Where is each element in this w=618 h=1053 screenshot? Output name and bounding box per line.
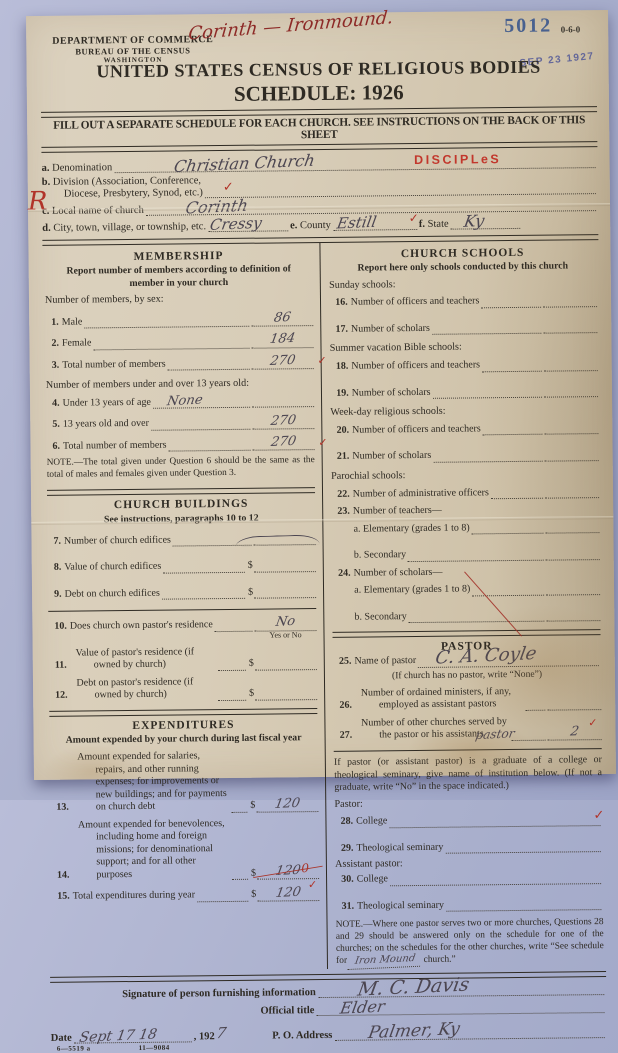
dotted-leader — [525, 707, 545, 711]
pencil-stroke — [235, 535, 319, 547]
group-sunday-schools: Sunday schools: — [329, 277, 597, 293]
question-number: 10. — [54, 621, 67, 634]
question-label: Name of pastor — [354, 656, 416, 669]
dotted-leader — [408, 556, 544, 561]
question-label: Debt on church edifices — [65, 587, 160, 600]
red-check-mark: ✓ — [588, 716, 597, 730]
question-number: 4. — [52, 398, 60, 411]
dotted-leader — [218, 697, 246, 701]
group-label-age: Number of members under and over 13 year… — [46, 377, 314, 393]
question-label: Number of ordained ministers, if any, em… — [355, 686, 524, 713]
question-12: 12. Debt on pastor's residence (if owned… — [49, 675, 317, 703]
form-body: MEMBERSHIP Report number of members acco… — [42, 240, 606, 800]
question-number: 1. — [51, 316, 59, 329]
question-number: 8. — [54, 562, 62, 575]
dotted-leader — [482, 367, 542, 372]
question-label: Number of scholars — [352, 386, 431, 399]
dotted-leader — [168, 447, 250, 452]
question-number: 6. — [52, 441, 60, 454]
answer-line — [543, 329, 597, 334]
question-number: 12. — [55, 690, 68, 703]
question-11: 11. Value of pastor's residence (if owne… — [49, 645, 317, 673]
membership-heading: MEMBERSHIP — [44, 248, 312, 265]
question-24b: b. Secondary — [332, 609, 600, 624]
pastor-none-note: (If church has no pastor, write “None”) — [333, 668, 601, 683]
handwritten-city: Cressy — [208, 214, 263, 234]
question-label: Does church own pastor's residence — [70, 619, 213, 633]
single-rule — [48, 608, 316, 612]
schools-heading: CHURCH SCHOOLS — [329, 245, 597, 262]
handwritten-value: 270 — [251, 412, 316, 431]
answer-line — [544, 367, 598, 372]
question-19: 19. Number of scholars — [330, 385, 598, 400]
answer-line — [546, 617, 600, 622]
question-number: 9. — [54, 588, 62, 601]
question-22: 22. Number of administrative officers — [331, 486, 599, 501]
question-label: Total number of members — [62, 358, 166, 372]
question-label: b. Secondary — [354, 611, 406, 624]
red-check-mark: ✓ — [409, 211, 419, 225]
expenditures-heading: EXPENDITURES — [49, 717, 317, 734]
handwritten-value: 270 — [251, 433, 316, 452]
question-number: 23. — [337, 506, 350, 519]
dotted-leader: C. A. Coyle — [418, 662, 599, 668]
pastor-label: Pastor: — [334, 796, 602, 800]
question-label: Value of pastor's residence (if owned by… — [70, 646, 216, 673]
question-6: 6. Total number of members 270 ✓ — [46, 438, 314, 453]
answer-line — [252, 403, 314, 408]
handwritten-value: 86 — [250, 309, 315, 328]
disciples-stamp: DISCIPLeS — [414, 152, 501, 167]
dotted-leader: None — [153, 404, 250, 409]
question-24a: a. Elementary (grades 1 to 8) — [332, 582, 600, 597]
answer-line — [543, 303, 597, 308]
field-letter: c. — [42, 206, 49, 217]
question-number: 25. — [339, 656, 352, 669]
question-23: 23. Number of teachers— — [331, 503, 599, 518]
answer-line — [546, 556, 600, 561]
dotted-leader: Cressy — [208, 227, 288, 232]
dotted-leader — [472, 530, 544, 535]
answer-line — [545, 494, 599, 499]
question-label: 13 years old and over — [63, 418, 149, 431]
question-3: 3. Total number of members 270 ✓ — [46, 357, 314, 372]
form-header: DEPARTMENT OF COMMERCE BUREAU OF THE CEN… — [40, 14, 597, 112]
question-number: 20. — [336, 425, 349, 438]
answer-line: 2 ✓ — [548, 736, 602, 741]
question-18: 18. Number of officers and teachers — [330, 358, 598, 373]
answer-line — [254, 568, 316, 573]
handwritten-none: None — [165, 393, 203, 411]
question-label: Under 13 years of age — [63, 397, 151, 410]
group-label-by-sex: Number of members, by sex: — [45, 292, 313, 308]
answer-line — [545, 529, 599, 534]
double-rule — [47, 487, 315, 496]
question-10: 10. Does church own pastor's residence N… — [48, 618, 316, 633]
question-label: Number of officers and teachers — [351, 296, 480, 310]
dotted-leader — [215, 627, 253, 631]
question-label: Number of scholars — [351, 323, 430, 336]
field-letter: e. — [290, 220, 297, 231]
double-rule — [49, 708, 317, 717]
field-label: Division (Association, Conference, — [53, 175, 201, 188]
field-city-county-state: d. City, town, village, or township, etc… — [42, 217, 598, 234]
question-label: Number of officers and teachers — [351, 359, 480, 373]
dotted-leader — [151, 426, 250, 431]
question-number: 3. — [52, 359, 60, 372]
dotted-leader: ✓ — [205, 190, 596, 198]
group-summer-schools: Summer vacation Bible schools: — [330, 340, 598, 356]
dotted-leader — [432, 330, 541, 335]
answer-line — [255, 666, 317, 671]
group-weekday-schools: Week-day religious schools: — [330, 404, 598, 420]
answer-line — [547, 706, 601, 711]
question-label: a. Elementary (grades 1 to 8) — [354, 522, 470, 536]
question-5: 5. 13 years old and over 270 — [46, 416, 314, 431]
handwritten-value: 120 — [255, 795, 320, 800]
dotted-leader — [433, 394, 542, 399]
dotted-leader: pastor — [512, 737, 546, 741]
dotted-leader — [491, 495, 543, 500]
answer-line — [254, 594, 316, 599]
dotted-leader — [162, 595, 245, 600]
question-label: b. Secondary — [354, 549, 406, 562]
question-21: 21. Number of scholars — [331, 448, 599, 463]
answer-line: 86 — [251, 322, 313, 327]
field-label: County — [300, 220, 331, 231]
scanned-form: DEPARTMENT OF COMMERCE BUREAU OF THE CEN… — [26, 10, 616, 780]
question-number: 27. — [340, 730, 353, 743]
red-check-mark: ✓ — [317, 354, 326, 368]
dollar-sign: $ — [248, 586, 253, 599]
question-number: 2. — [51, 338, 59, 351]
expenditures-subhead: Amount expended by your church during la… — [54, 732, 314, 747]
single-rule — [334, 748, 602, 752]
red-check-mark: ✓ — [223, 180, 234, 195]
question-label: Total number of members — [63, 439, 167, 453]
question-7: 7. Number of church edifices — [47, 533, 315, 548]
handwritten-value: 270 — [250, 352, 315, 371]
dotted-leader — [483, 431, 543, 436]
field-letter: d. — [42, 223, 51, 234]
question-number: 7. — [53, 535, 61, 548]
question-2: 2. Female 184 — [45, 335, 313, 350]
answer-line — [255, 696, 317, 701]
question-number: 21. — [337, 451, 350, 464]
question-label: Value of church edifices — [64, 561, 161, 575]
right-column: CHURCH SCHOOLS Report here only schools … — [321, 240, 606, 800]
question-27: 27. Number of other churches served by t… — [334, 715, 602, 743]
dollar-sign: $ — [249, 658, 254, 671]
question-4: 4. Under 13 years of age None — [46, 395, 314, 410]
question-label: Number of teachers— — [353, 505, 442, 518]
serial-number-stamp: 5012 — [504, 15, 552, 39]
red-check-mark: ✓ — [318, 436, 327, 450]
question-20: 20. Number of officers and teachers — [330, 422, 598, 437]
question-9: 9. Debt on church edifices $ — [48, 586, 316, 601]
dollar-sign: $ — [249, 688, 254, 701]
field-label: Local name of church — [52, 205, 144, 217]
answer-line — [544, 393, 598, 398]
dotted-leader — [218, 667, 246, 671]
dotted-leader — [409, 618, 545, 623]
answer-line: 270 — [252, 425, 314, 430]
instruction-bar: FILL OUT A SEPARATE SCHEDULE FOR EACH CH… — [47, 112, 592, 147]
identity-fields: R a. Denomination Christian Church DISCI… — [41, 147, 598, 240]
question-label: Number of church edifices — [64, 534, 171, 548]
question-number: 24. — [338, 567, 351, 580]
question-16: 16. Number of officers and teachers — [329, 294, 597, 309]
question-label: Number of administrative officers — [353, 487, 489, 501]
field-local-name: c. Local name of church Corinth — [42, 200, 598, 217]
question-label: Female — [62, 337, 92, 350]
answer-line: 270 ✓ — [253, 446, 315, 451]
question-number: 19. — [336, 387, 349, 400]
membership-subhead: Report number of members according to de… — [49, 263, 309, 290]
answer-line: No Yes or No — [254, 627, 316, 632]
question-label: a. Elementary (grades 1 to 8) — [354, 584, 470, 598]
schools-subhead: Report here only schools conducted by th… — [333, 261, 593, 276]
field-label: Diocese, Presbytery, Synod, etc.) — [42, 187, 203, 200]
graduate-instructions: If pastor (or assistant pastor) is a gra… — [334, 754, 602, 794]
serial-code: 0-6-0 — [561, 24, 581, 34]
question-number: 5. — [52, 419, 60, 432]
buildings-subhead: See instructions, paragraphs 10 to 12 — [51, 512, 311, 527]
dotted-leader — [163, 569, 245, 574]
handwritten-county: Estill — [335, 213, 377, 233]
left-column: MEMBERSHIP Report number of members acco… — [42, 243, 327, 800]
question-26: 26. Number of ordained ministers, if any… — [333, 685, 601, 713]
question-label: Amount expended for salaries, repairs, a… — [71, 750, 229, 800]
question-17: 17. Number of scholars — [329, 321, 597, 336]
handwritten-value: 184 — [250, 330, 315, 349]
dotted-leader: Ky — [451, 225, 521, 230]
field-label: Denomination — [52, 162, 112, 174]
question-label: Number of officers and teachers — [352, 423, 481, 437]
field-label: State — [428, 219, 449, 230]
handwritten-denomination: Christian Church — [172, 151, 316, 176]
dotted-leader: Estill ✓ — [333, 226, 417, 231]
buildings-heading: CHURCH BUILDINGS — [47, 496, 315, 513]
question-number: 16. — [335, 297, 348, 310]
schedule-year: SCHEDULE: 1926 — [41, 78, 597, 109]
question-label: Debt on pastor's residence (if owned by … — [70, 676, 216, 703]
yes-or-no-label: Yes or No — [254, 630, 316, 641]
question-8: 8. Value of church edifices $ — [48, 559, 316, 574]
answer-line: 184 — [251, 344, 313, 349]
field-letter: b. — [42, 177, 51, 188]
question-1: 1. Male 86 — [45, 314, 313, 329]
answer-line — [546, 591, 600, 596]
handwritten-pastor-word: pastor — [474, 726, 516, 743]
question-13: 13. Amount expended for salaries, repair… — [50, 749, 319, 800]
membership-note: NOTE.—The total given under Question 6 s… — [47, 455, 315, 482]
dotted-leader — [168, 366, 250, 371]
answer-line — [544, 430, 598, 435]
question-number: 22. — [337, 488, 350, 501]
answer-line: 270 ✓ — [252, 365, 314, 370]
question-number: 26. — [339, 700, 352, 713]
field-letter: f. — [419, 219, 425, 230]
field-label: City, town, village, or township, etc. — [53, 221, 206, 234]
handwritten-state: Ky — [463, 211, 486, 231]
answer-line — [254, 541, 316, 546]
question-number: 18. — [336, 361, 349, 374]
dotted-leader — [93, 344, 249, 350]
dotted-leader — [84, 323, 249, 329]
form-content: DEPARTMENT OF COMMERCE BUREAU OF THE CEN… — [26, 10, 616, 780]
group-parochial-schools: Parochial schools: — [331, 468, 599, 484]
answer-line — [545, 457, 599, 462]
question-23a: a. Elementary (grades 1 to 8) — [332, 521, 600, 536]
question-23b: b. Secondary — [332, 547, 600, 562]
dotted-leader — [433, 458, 542, 463]
handwritten-pastor-name: C. A. Coyle — [434, 643, 539, 670]
handwritten-church-names: Corinth — Ironmound. — [187, 7, 394, 45]
question-label: Number of scholars— — [353, 566, 442, 579]
dotted-leader — [481, 304, 541, 309]
dollar-sign: $ — [248, 560, 253, 573]
question-number: 17. — [335, 324, 348, 337]
question-label: Number of scholars — [352, 450, 431, 463]
question-label: Male — [62, 316, 83, 329]
double-rule — [333, 629, 601, 638]
field-letter: a. — [42, 163, 50, 174]
question-25: 25. Name of pastor C. A. Coyle — [333, 654, 601, 669]
question-number: 11. — [55, 660, 67, 673]
